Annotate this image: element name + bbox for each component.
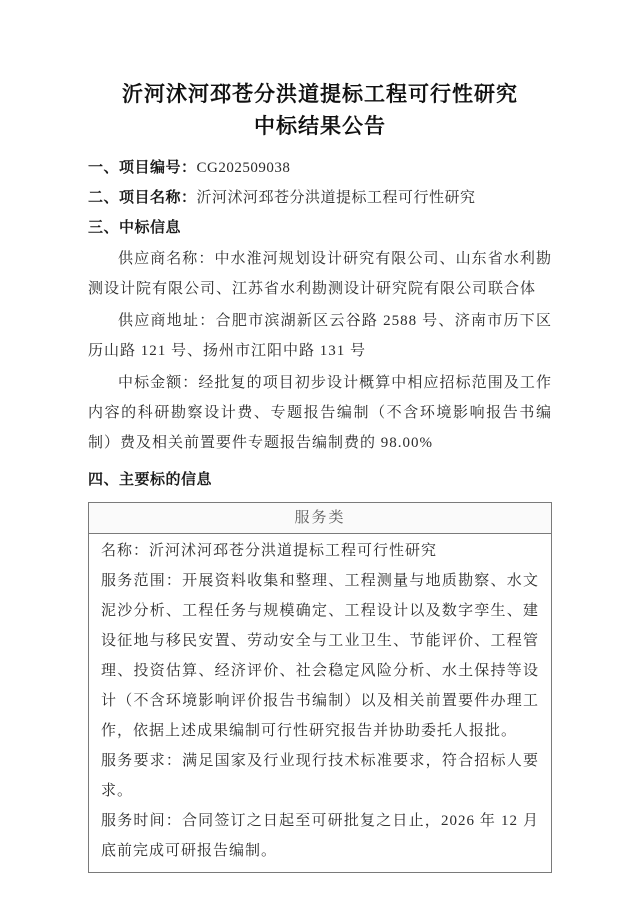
service-info-table: 服务类 名称：沂河沭河邳苍分洪道提标工程可行性研究 服务范围：开展资料收集和整理… [88,502,552,873]
table-row-service-requirement: 服务要求：满足国家及行业现行技术标准要求，符合招标人要求。 [101,746,539,806]
award-amount-paragraph: 中标金额：经批复的项目初步设计概算中相应招标范围及工作内容的科研勘察设计费、专题… [88,368,552,458]
project-number-item: 一、项目编号：CG202509038 [88,154,552,182]
page-title: 沂河沭河邳苍分洪道提标工程可行性研究 中标结果公告 [88,0,552,142]
project-number-label: 一、项目编号： [88,160,197,176]
table-row-service-scope: 服务范围：开展资料收集和整理、工程测量与地质勘察、水文泥沙分析、工程任务与规模确… [101,566,539,746]
award-info-heading: 三、中标信息 [88,214,552,242]
project-number-value: CG202509038 [197,160,291,176]
table-body: 名称：沂河沭河邳苍分洪道提标工程可行性研究 服务范围：开展资料收集和整理、工程测… [89,534,551,872]
main-subject-heading: 四、主要标的信息 [88,466,552,494]
supplier-address-paragraph: 供应商地址：合肥市滨湖新区云谷路 2588 号、济南市历下区历山路 121 号、… [88,306,552,366]
announcement-document: 沂河沭河邳苍分洪道提标工程可行性研究 中标结果公告 一、项目编号：CG20250… [0,0,640,906]
table-row-name: 名称：沂河沭河邳苍分洪道提标工程可行性研究 [101,536,539,566]
project-name-label: 二、项目名称： [88,190,197,206]
page-title-line2: 中标结果公告 [254,114,386,138]
project-name-value: 沂河沭河邳苍分洪道提标工程可行性研究 [197,190,476,206]
page-title-line1: 沂河沭河邳苍分洪道提标工程可行性研究 [122,82,518,106]
project-name-item: 二、项目名称：沂河沭河邳苍分洪道提标工程可行性研究 [88,184,552,212]
supplier-name-paragraph: 供应商名称：中水淮河规划设计研究有限公司、山东省水利勘测设计院有限公司、江苏省水… [88,244,552,304]
numbered-items: 一、项目编号：CG202509038 二、项目名称：沂河沭河邳苍分洪道提标工程可… [88,154,552,242]
table-row-service-time: 服务时间：合同签订之日起至可研批复之日止，2026 年 12 月底前完成可研报告… [101,806,539,866]
table-header-service-class: 服务类 [89,503,551,534]
